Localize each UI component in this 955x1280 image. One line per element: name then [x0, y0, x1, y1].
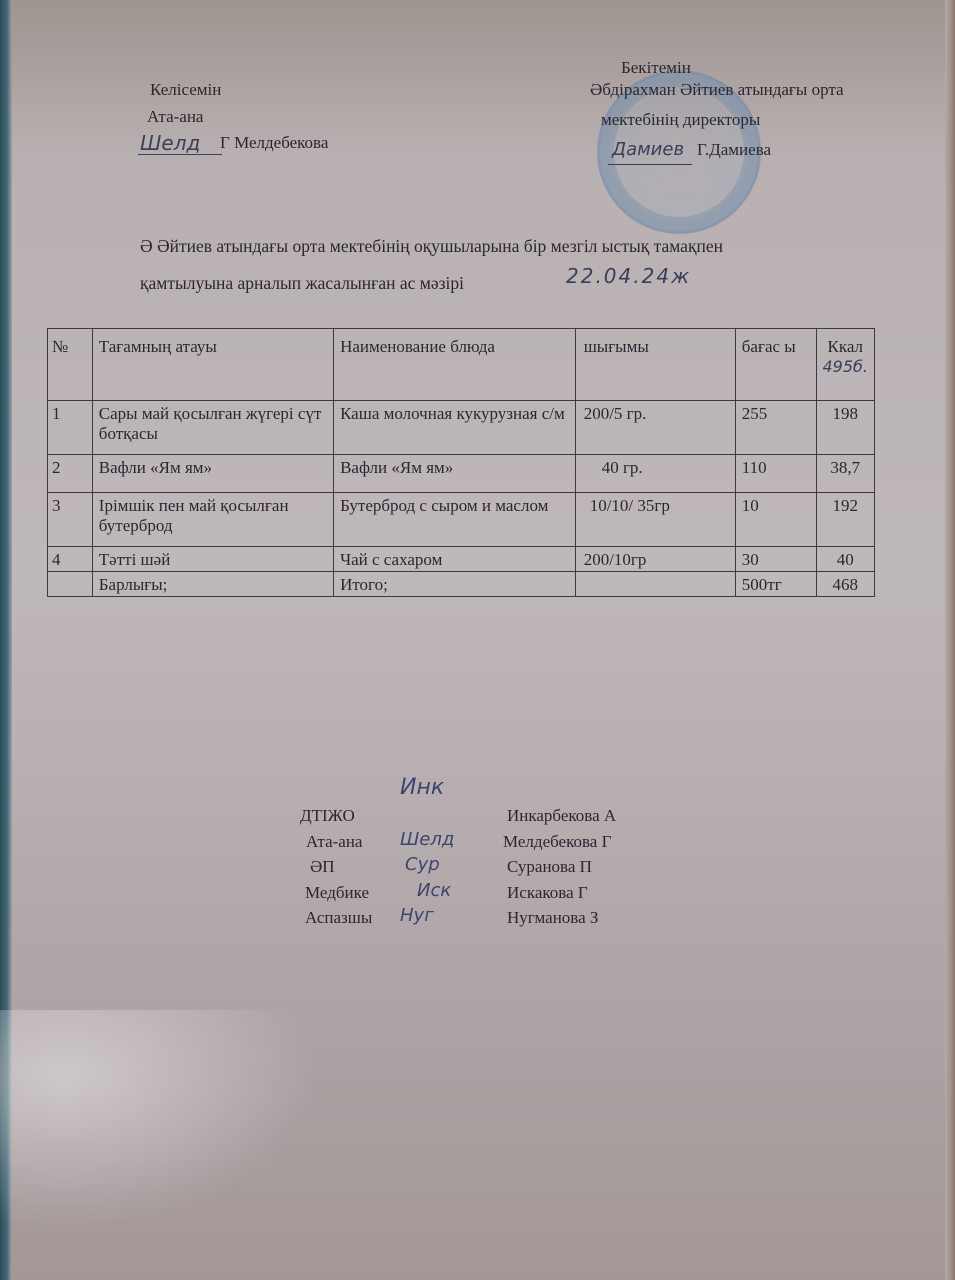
header-number: № — [48, 329, 93, 401]
handwritten-kcal-note: 495б. — [823, 357, 869, 377]
cell-yield: 10/10/ 35гр — [575, 493, 735, 547]
table-header-row: № Тағамның атауы Наименование блюда шығы… — [48, 329, 875, 401]
header-dish-ru: Наименование блюда — [334, 329, 576, 401]
signatory-name: Суранова П — [507, 854, 592, 880]
table-row: 4 Тәтті шәй Чай с сахаром 200/10гр 30 40 — [48, 547, 875, 572]
cell-dish-kz: Ірімшік пен май қосылған бутерброд — [92, 493, 333, 547]
table-row: 3 Ірімшік пен май қосылған бутерброд Бут… — [48, 493, 875, 547]
approval-right-name: Г.Дамиева — [697, 140, 771, 160]
table-row: 1 Сары май қосылған жүгері сүт ботқасы К… — [48, 401, 875, 455]
handwritten-signature: Шелд — [400, 827, 454, 853]
document-title-line1: Ә Әйтиев атындағы орта мектебінің оқушыл… — [140, 236, 723, 256]
header-yield: шығымы — [575, 329, 735, 401]
signature-row: ДТІЖО Инк Инкарбекова А — [300, 803, 670, 829]
cell-price: 10 — [735, 493, 816, 547]
approval-left-role: Ата-ана — [147, 107, 203, 127]
handwritten-date: 22.04.24ж — [566, 266, 691, 286]
signature-row: Медбике Иск Искакова Г — [300, 880, 670, 906]
signature-line — [608, 164, 692, 165]
signature-row: ӘП Сур Суранова П — [300, 854, 670, 880]
approval-right-line1: Әбдірахман Әйтиев атындағы орта — [590, 80, 844, 100]
cell-yield: 200/10гр — [575, 547, 735, 572]
cell-dish-ru: Вафли «Ям ям» — [334, 455, 576, 493]
header-dish-kz: Тағамның атауы — [92, 329, 333, 401]
approval-left-name: Г Мелдебекова — [220, 133, 328, 153]
signature-role: Медбике — [305, 880, 369, 906]
header-kcal: Ккал 495б. — [816, 329, 875, 401]
approval-right-heading: Бекітемін — [621, 58, 691, 78]
approval-right-signature: Дамиев — [612, 140, 684, 160]
cell-kcal: 198 — [816, 401, 875, 455]
cell-dish-ru: Чай с сахаром — [334, 547, 576, 572]
header-kcal-label: Ккал — [827, 337, 863, 356]
signature-line — [138, 154, 222, 155]
cell-yield: 200/5 гр. — [575, 401, 735, 455]
cell-number: 4 — [48, 547, 93, 572]
cell-kcal: 192 — [816, 493, 875, 547]
cell-dish-kz: Сары май қосылған жүгері сүт ботқасы — [92, 401, 333, 455]
signatory-name: Мелдебекова Г — [503, 829, 611, 855]
signatures-block: ДТІЖО Инк Инкарбекова А Ата-ана Шелд Мел… — [300, 803, 670, 931]
light-glare — [0, 1010, 320, 1230]
signatory-name: Искакова Г — [507, 880, 588, 906]
cell-price: 30 — [735, 547, 816, 572]
cell-dish-ru: Каша молочная кукурузная с/м — [334, 401, 576, 455]
signature-row: Ата-ана Шелд Мелдебекова Г — [300, 829, 670, 855]
cell-dish-kz: Вафли «Ям ям» — [92, 455, 333, 493]
document-title-line2: қамтылуына арналып жасалынған ас мәзірі — [140, 273, 464, 293]
signature-role: ӘП — [310, 854, 335, 880]
table-row: 2 Вафли «Ям ям» Вафли «Ям ям» 40 гр. 110… — [48, 455, 875, 493]
handwritten-signature: Сур — [405, 852, 440, 878]
approval-left-signature: Шелд — [140, 133, 200, 153]
cell-yield — [575, 572, 735, 597]
cell-total-price: 500тг — [735, 572, 816, 597]
cell-price: 255 — [735, 401, 816, 455]
cell-kcal: 38,7 — [816, 455, 875, 493]
signatory-name: Инкарбекова А — [507, 803, 616, 829]
menu-table: № Тағамның атауы Наименование блюда шығы… — [47, 328, 875, 597]
signature-row: Аспазшы Нуг Нугманова З — [300, 905, 670, 931]
cell-number — [48, 572, 93, 597]
cell-total-label-ru: Итого; — [334, 572, 576, 597]
table-total-row: Барлығы; Итого; 500тг 468 — [48, 572, 875, 597]
handwritten-signature: Инк — [400, 775, 444, 801]
approval-left-heading: Келісемін — [150, 80, 221, 100]
cell-number: 3 — [48, 493, 93, 547]
cell-total-label-kz: Барлығы; — [92, 572, 333, 597]
cell-total-kcal: 468 — [816, 572, 875, 597]
cell-kcal: 40 — [816, 547, 875, 572]
photo-right-edge — [945, 0, 955, 1280]
cell-number: 1 — [48, 401, 93, 455]
signatory-name: Нугманова З — [507, 905, 598, 931]
signature-role: Ата-ана — [306, 829, 362, 855]
signature-role: ДТІЖО — [300, 803, 355, 829]
approval-right-line2: мектебінің директоры — [601, 110, 760, 130]
handwritten-signature: Иск — [417, 878, 451, 904]
header-price: бағас ы — [735, 329, 816, 401]
cell-dish-ru: Бутерброд с сыром и маслом — [334, 493, 576, 547]
cell-price: 110 — [735, 455, 816, 493]
cell-yield: 40 гр. — [575, 455, 735, 493]
cell-dish-kz: Тәтті шәй — [92, 547, 333, 572]
signature-role: Аспазшы — [305, 905, 372, 931]
handwritten-signature: Нуг — [400, 903, 434, 929]
cell-number: 2 — [48, 455, 93, 493]
